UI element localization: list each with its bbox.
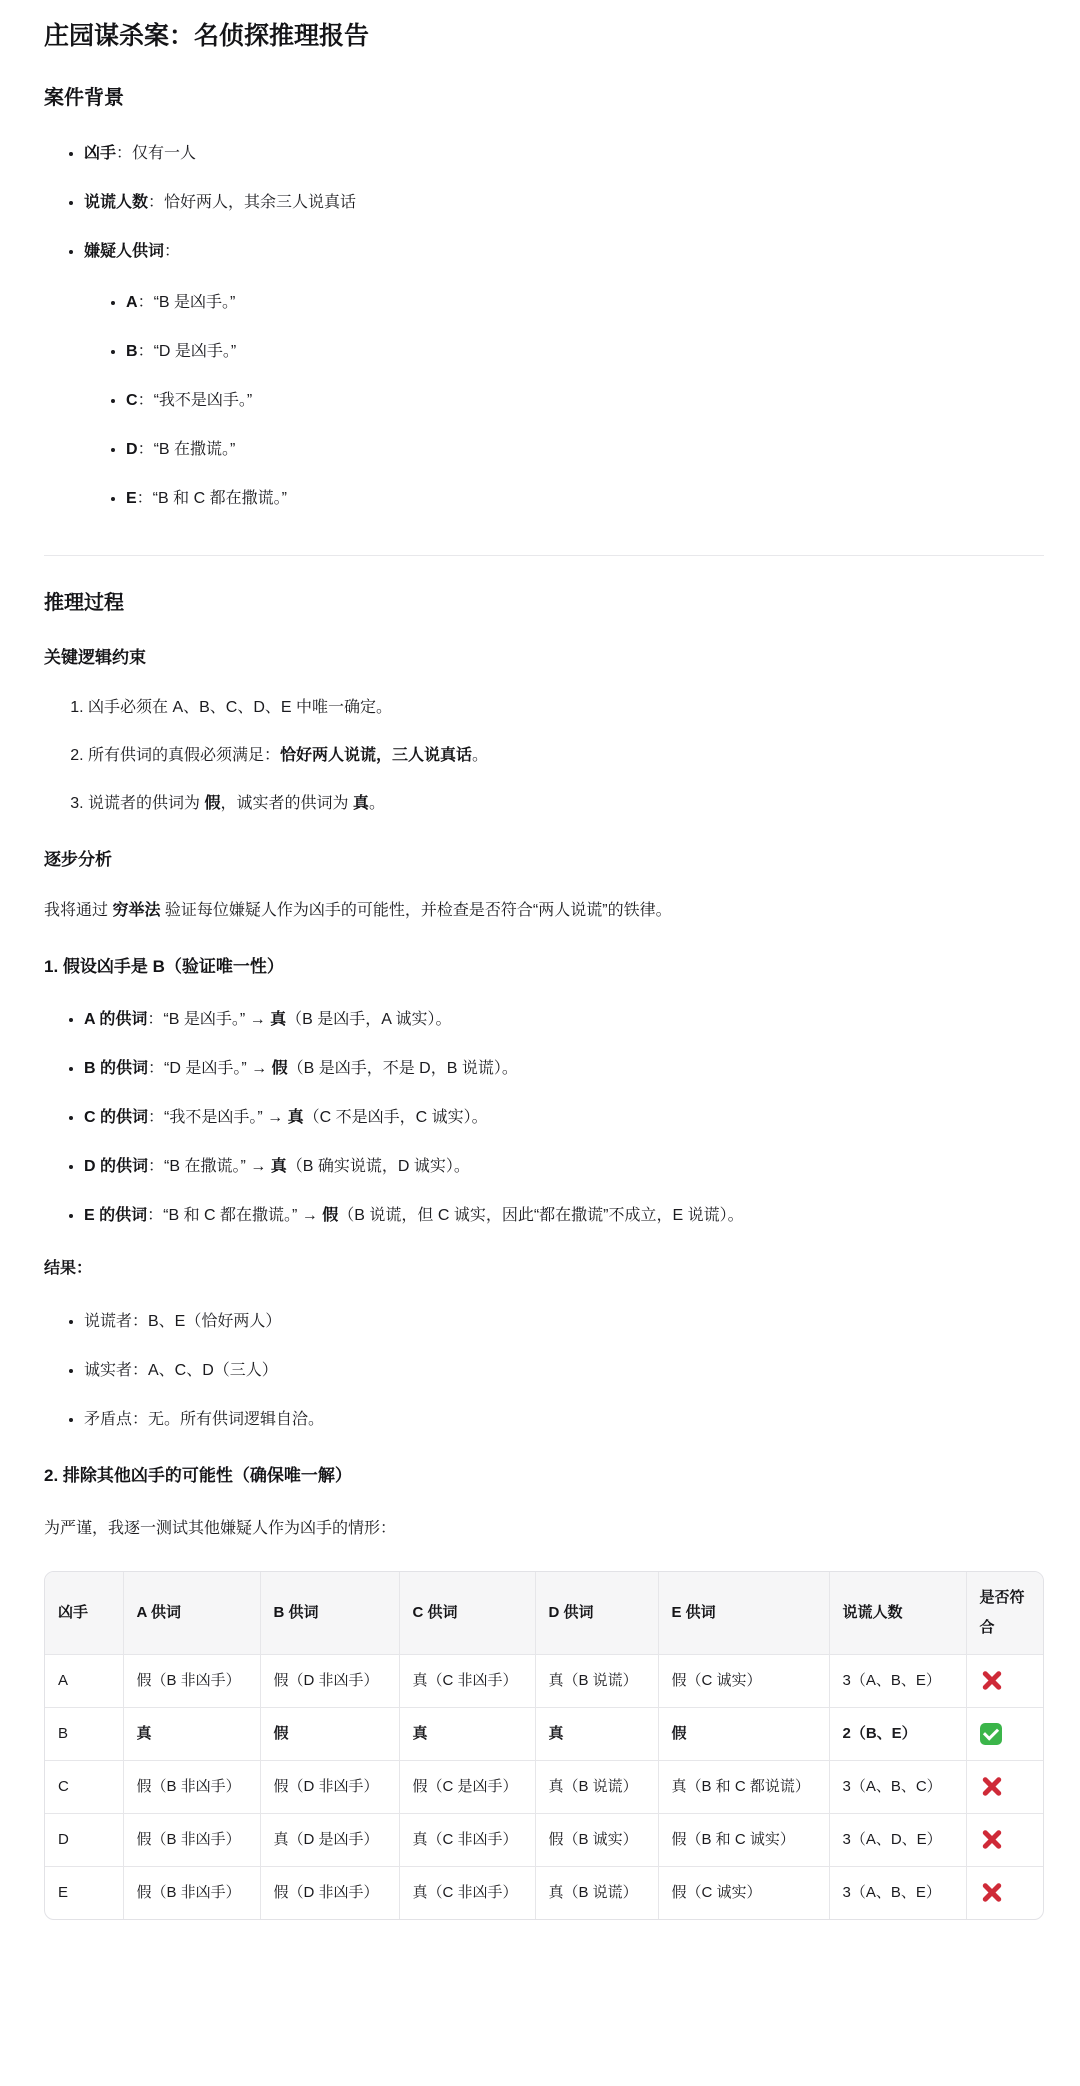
text-liar-count: ：恰好两人，其余三人说真话 [148,194,356,211]
check-quote: ：“B 在撒谎。” → [148,1158,271,1175]
result-item: 矛盾点：无。所有供词逻辑自洽。 [84,1405,1044,1434]
cell-a-statement: 假（B 非凶手） [123,1654,260,1707]
result-heading: 结果： [44,1254,1044,1283]
constraint-true-label: 真 [353,795,369,812]
intro-p1: 我将通过 [44,902,112,919]
cell-c-statement: 真 [399,1707,535,1760]
check-quote: ：“B 是凶手。” → [147,1011,270,1028]
check-quote: ：“B 和 C 都在撒谎。” → [147,1207,322,1224]
cell-killer: A [45,1654,123,1707]
cell-e-statement: 真（B 和 C 都说谎） [658,1760,829,1813]
suspect-name: D [126,441,138,458]
cell-b-statement: 假（D 非凶手） [260,1654,399,1707]
table-row-killer-d: D 假（B 非凶手） 真（D 是凶手） 真（C 非凶手） 假（B 诚实） 假（B… [45,1813,1043,1866]
elimination-table-wrapper: 凶手 A 供词 B 供词 C 供词 D 供词 E 供词 说谎人数 是否符合 A … [44,1571,1044,1920]
check-quote: ：“D 是凶手。” → [148,1060,272,1077]
constraint-item: 凶手必须在 A、B、C、D、E 中唯一确定。 [88,693,1044,722]
column-header-d: D 供词 [535,1572,658,1655]
cell-d-statement: 假（B 诚实） [535,1813,658,1866]
suspect-name: A [126,294,138,311]
check-detail: （B 是凶手，A 诚实）。 [286,1011,451,1028]
cell-a-statement: 假（B 非凶手） [123,1813,260,1866]
hypothesis-checks-list: A 的供词：“B 是凶手。” → 真（B 是凶手，A 诚实）。 B 的供词：“D… [44,1005,1044,1230]
cell-verdict [966,1813,1043,1866]
cell-a-statement: 真 [123,1707,260,1760]
constraint-text: 凶手必须在 A、B、C、D、E 中唯一确定。 [88,699,392,716]
constraints-list: 凶手必须在 A、B、C、D、E 中唯一确定。 所有供词的真假必须满足：恰好两人说… [44,693,1044,818]
column-header-liar-count: 说谎人数 [829,1572,966,1655]
cell-liar-count: 3（A、B、E） [829,1654,966,1707]
suspect-statements-list: A：“B 是凶手。” B：“D 是凶手。” C：“我不是凶手。” D：“B 在撒… [84,288,1044,513]
result-list: 说谎者：B、E（恰好两人） 诚实者：A、C、D（三人） 矛盾点：无。所有供词逻辑… [44,1307,1044,1434]
column-header-killer: 凶手 [45,1572,123,1655]
check-verdict: 真 [271,1158,287,1175]
section-heading-reasoning: 推理过程 [44,590,1044,616]
cell-c-statement: 真（C 非凶手） [399,1866,535,1919]
cross-icon [980,1669,1004,1693]
check-detail: （C 不是凶手，C 诚实）。 [304,1109,488,1126]
check-verdict: 假 [322,1207,338,1224]
suspect-statement-item: B：“D 是凶手。” [126,337,1044,366]
background-list: 凶手：仅有一人 说谎人数：恰好两人，其余三人说真话 嫌疑人供词： A：“B 是凶… [44,139,1044,513]
check-label: D 的供词 [84,1158,148,1175]
cell-b-statement: 假（D 非凶手） [260,1866,399,1919]
cell-d-statement: 真（B 说谎） [535,1654,658,1707]
cell-e-statement: 假（C 诚实） [658,1654,829,1707]
cell-a-statement: 假（B 非凶手） [123,1866,260,1919]
suspect-name: E [126,490,137,507]
cell-killer: B [45,1707,123,1760]
cell-killer: D [45,1813,123,1866]
result-item: 诚实者：A、C、D（三人） [84,1356,1044,1385]
cell-c-statement: 假（C 是凶手） [399,1760,535,1813]
suspect-statement: ：“B 和 C 都在撒谎。” [137,490,287,507]
check-verdict: 真 [288,1109,304,1126]
method-name: 穷举法 [112,902,160,919]
list-item-liar-count: 说谎人数：恰好两人，其余三人说真话 [84,188,1044,217]
cell-b-statement: 假（D 非凶手） [260,1760,399,1813]
cell-verdict [966,1707,1043,1760]
cell-killer: C [45,1760,123,1813]
check-detail: （B 是凶手，不是 D，B 说谎）。 [288,1060,518,1077]
column-header-c: C 供词 [399,1572,535,1655]
check-verdict: 真 [270,1011,286,1028]
constraint-false-label: 假 [204,795,220,812]
cell-c-statement: 真（C 非凶手） [399,1813,535,1866]
suspect-statement-item: C：“我不是凶手。” [126,386,1044,415]
check-label: C 的供词 [84,1109,148,1126]
check-verdict: 假 [272,1060,288,1077]
column-header-a: A 供词 [123,1572,260,1655]
cell-b-statement: 真（D 是凶手） [260,1813,399,1866]
list-item-killer: 凶手：仅有一人 [84,139,1044,168]
cell-d-statement: 真（B 说谎） [535,1760,658,1813]
column-header-e: E 供词 [658,1572,829,1655]
check-icon [980,1723,1002,1745]
intro-p2: 验证每位嫌疑人作为凶手的可能性，并检查是否符合“两人说谎”的铁律。 [160,902,671,919]
constraint-text-p1: 说谎者的供词为 [88,795,204,812]
report: 庄园谋杀案：名侦探推理报告 案件背景 凶手：仅有一人 说谎人数：恰好两人，其余三… [0,0,1080,1944]
result-text: 说谎者：B、E（恰好两人） [84,1313,281,1330]
cell-liar-count: 3（A、B、C） [829,1760,966,1813]
check-item: E 的供词：“B 和 C 都在撒谎。” → 假（B 说谎，但 C 诚实，因此“都… [84,1201,1044,1230]
cell-liar-count: 3（A、B、E） [829,1866,966,1919]
cell-d-statement: 真 [535,1707,658,1760]
cell-killer: E [45,1866,123,1919]
cell-d-statement: 真（B 说谎） [535,1866,658,1919]
constraint-text-bold: 恰好两人说谎，三人说真话 [280,747,472,764]
page-title: 庄园谋杀案：名侦探推理报告 [44,20,1044,53]
result-text: 矛盾点：无。所有供词逻辑自洽。 [84,1411,324,1428]
constraint-text-p2: ，诚实者的供词为 [220,795,352,812]
text-killer: ：仅有一人 [116,145,196,162]
cell-verdict [966,1866,1043,1919]
table-header: 凶手 A 供词 B 供词 C 供词 D 供词 E 供词 说谎人数 是否符合 [45,1572,1043,1655]
constraint-text-pre: 所有供词的真假必须满足： [88,747,280,764]
cell-verdict [966,1654,1043,1707]
check-label: B 的供词 [84,1060,148,1077]
check-item: D 的供词：“B 在撒谎。” → 真（B 确实说谎，D 诚实）。 [84,1152,1044,1181]
table-row-killer-b: B 真 假 真 真 假 2（B、E） [45,1707,1043,1760]
cell-e-statement: 假（C 诚实） [658,1866,829,1919]
cell-b-statement: 假 [260,1707,399,1760]
constraint-item: 所有供词的真假必须满足：恰好两人说谎，三人说真话。 [88,741,1044,770]
table-row-killer-e: E 假（B 非凶手） 假（D 非凶手） 真（C 非凶手） 真（B 说谎） 假（C… [45,1866,1043,1919]
stepwise-intro: 我将通过 穷举法 验证每位嫌疑人作为凶手的可能性，并检查是否符合“两人说谎”的铁… [44,896,1044,925]
result-heading-text: 结果： [44,1260,92,1277]
check-item: C 的供词：“我不是凶手。” → 真（C 不是凶手，C 诚实）。 [84,1103,1044,1132]
constraint-text-post: 。 [472,747,488,764]
check-label: E 的供词 [84,1207,147,1224]
suspect-name: C [126,392,138,409]
table-body: A 假（B 非凶手） 假（D 非凶手） 真（C 非凶手） 真（B 说谎） 假（C… [45,1654,1043,1919]
subheading-constraints: 关键逻辑约束 [44,646,1044,670]
cell-liar-count: 3（A、D、E） [829,1813,966,1866]
term-killer: 凶手 [84,145,116,162]
check-detail: （B 说谎，但 C 诚实，因此“都在撒谎”不成立，E 说谎）。 [338,1207,743,1224]
elimination-intro: 为严谨，我逐一测试其他嫌疑人作为凶手的情形： [44,1514,1044,1543]
suspect-statement: ：“B 在撒谎。” [138,441,236,458]
check-label: A 的供词 [84,1011,147,1028]
section-heading-background: 案件背景 [44,85,1044,111]
suspect-statement-item: D：“B 在撒谎。” [126,435,1044,464]
result-text: 诚实者：A、C、D（三人） [84,1362,278,1379]
check-item: B 的供词：“D 是凶手。” → 假（B 是凶手，不是 D，B 说谎）。 [84,1054,1044,1083]
table-header-row: 凶手 A 供词 B 供词 C 供词 D 供词 E 供词 说谎人数 是否符合 [45,1572,1043,1655]
check-detail: （B 确实说谎，D 诚实）。 [287,1158,470,1175]
term-liar-count: 说谎人数 [84,194,148,211]
cross-icon [980,1828,1004,1852]
cell-e-statement: 假 [658,1707,829,1760]
column-header-b: B 供词 [260,1572,399,1655]
subheading-elimination: 2. 排除其他凶手的可能性（确保唯一解） [44,1464,1044,1488]
text-testimonies: ： [164,243,180,260]
constraint-item: 说谎者的供词为 假，诚实者的供词为 真。 [88,789,1044,818]
cell-c-statement: 真（C 非凶手） [399,1654,535,1707]
result-item: 说谎者：B、E（恰好两人） [84,1307,1044,1336]
cell-liar-count: 2（B、E） [829,1707,966,1760]
elimination-table: 凶手 A 供词 B 供词 C 供词 D 供词 E 供词 说谎人数 是否符合 A … [45,1572,1043,1919]
check-item: A 的供词：“B 是凶手。” → 真（B 是凶手，A 诚实）。 [84,1005,1044,1034]
cell-e-statement: 假（B 和 C 诚实） [658,1813,829,1866]
cross-icon [980,1881,1004,1905]
cell-verdict [966,1760,1043,1813]
suspect-statement: ：“我不是凶手。” [138,392,253,409]
list-item-testimonies: 嫌疑人供词： A：“B 是凶手。” B：“D 是凶手。” C：“我不是凶手。” … [84,237,1044,513]
suspect-statement-item: E：“B 和 C 都在撒谎。” [126,484,1044,513]
suspect-statement: ：“D 是凶手。” [138,343,237,360]
cell-a-statement: 假（B 非凶手） [123,1760,260,1813]
suspect-name: B [126,343,138,360]
subheading-hypothesis-b: 1. 假设凶手是 B（验证唯一性） [44,955,1044,979]
term-testimonies: 嫌疑人供词 [84,243,164,260]
suspect-statement: ：“B 是凶手。” [138,294,236,311]
suspect-statement-item: A：“B 是凶手。” [126,288,1044,317]
check-quote: ：“我不是凶手。” → [148,1109,288,1126]
constraint-text-p3: 。 [369,795,385,812]
table-row-killer-a: A 假（B 非凶手） 假（D 非凶手） 真（C 非凶手） 真（B 说谎） 假（C… [45,1654,1043,1707]
column-header-verdict: 是否符合 [966,1572,1043,1655]
section-divider [44,555,1044,556]
cross-icon [980,1775,1004,1799]
table-row-killer-c: C 假（B 非凶手） 假（D 非凶手） 假（C 是凶手） 真（B 说谎） 真（B… [45,1760,1043,1813]
subheading-stepwise: 逐步分析 [44,848,1044,872]
